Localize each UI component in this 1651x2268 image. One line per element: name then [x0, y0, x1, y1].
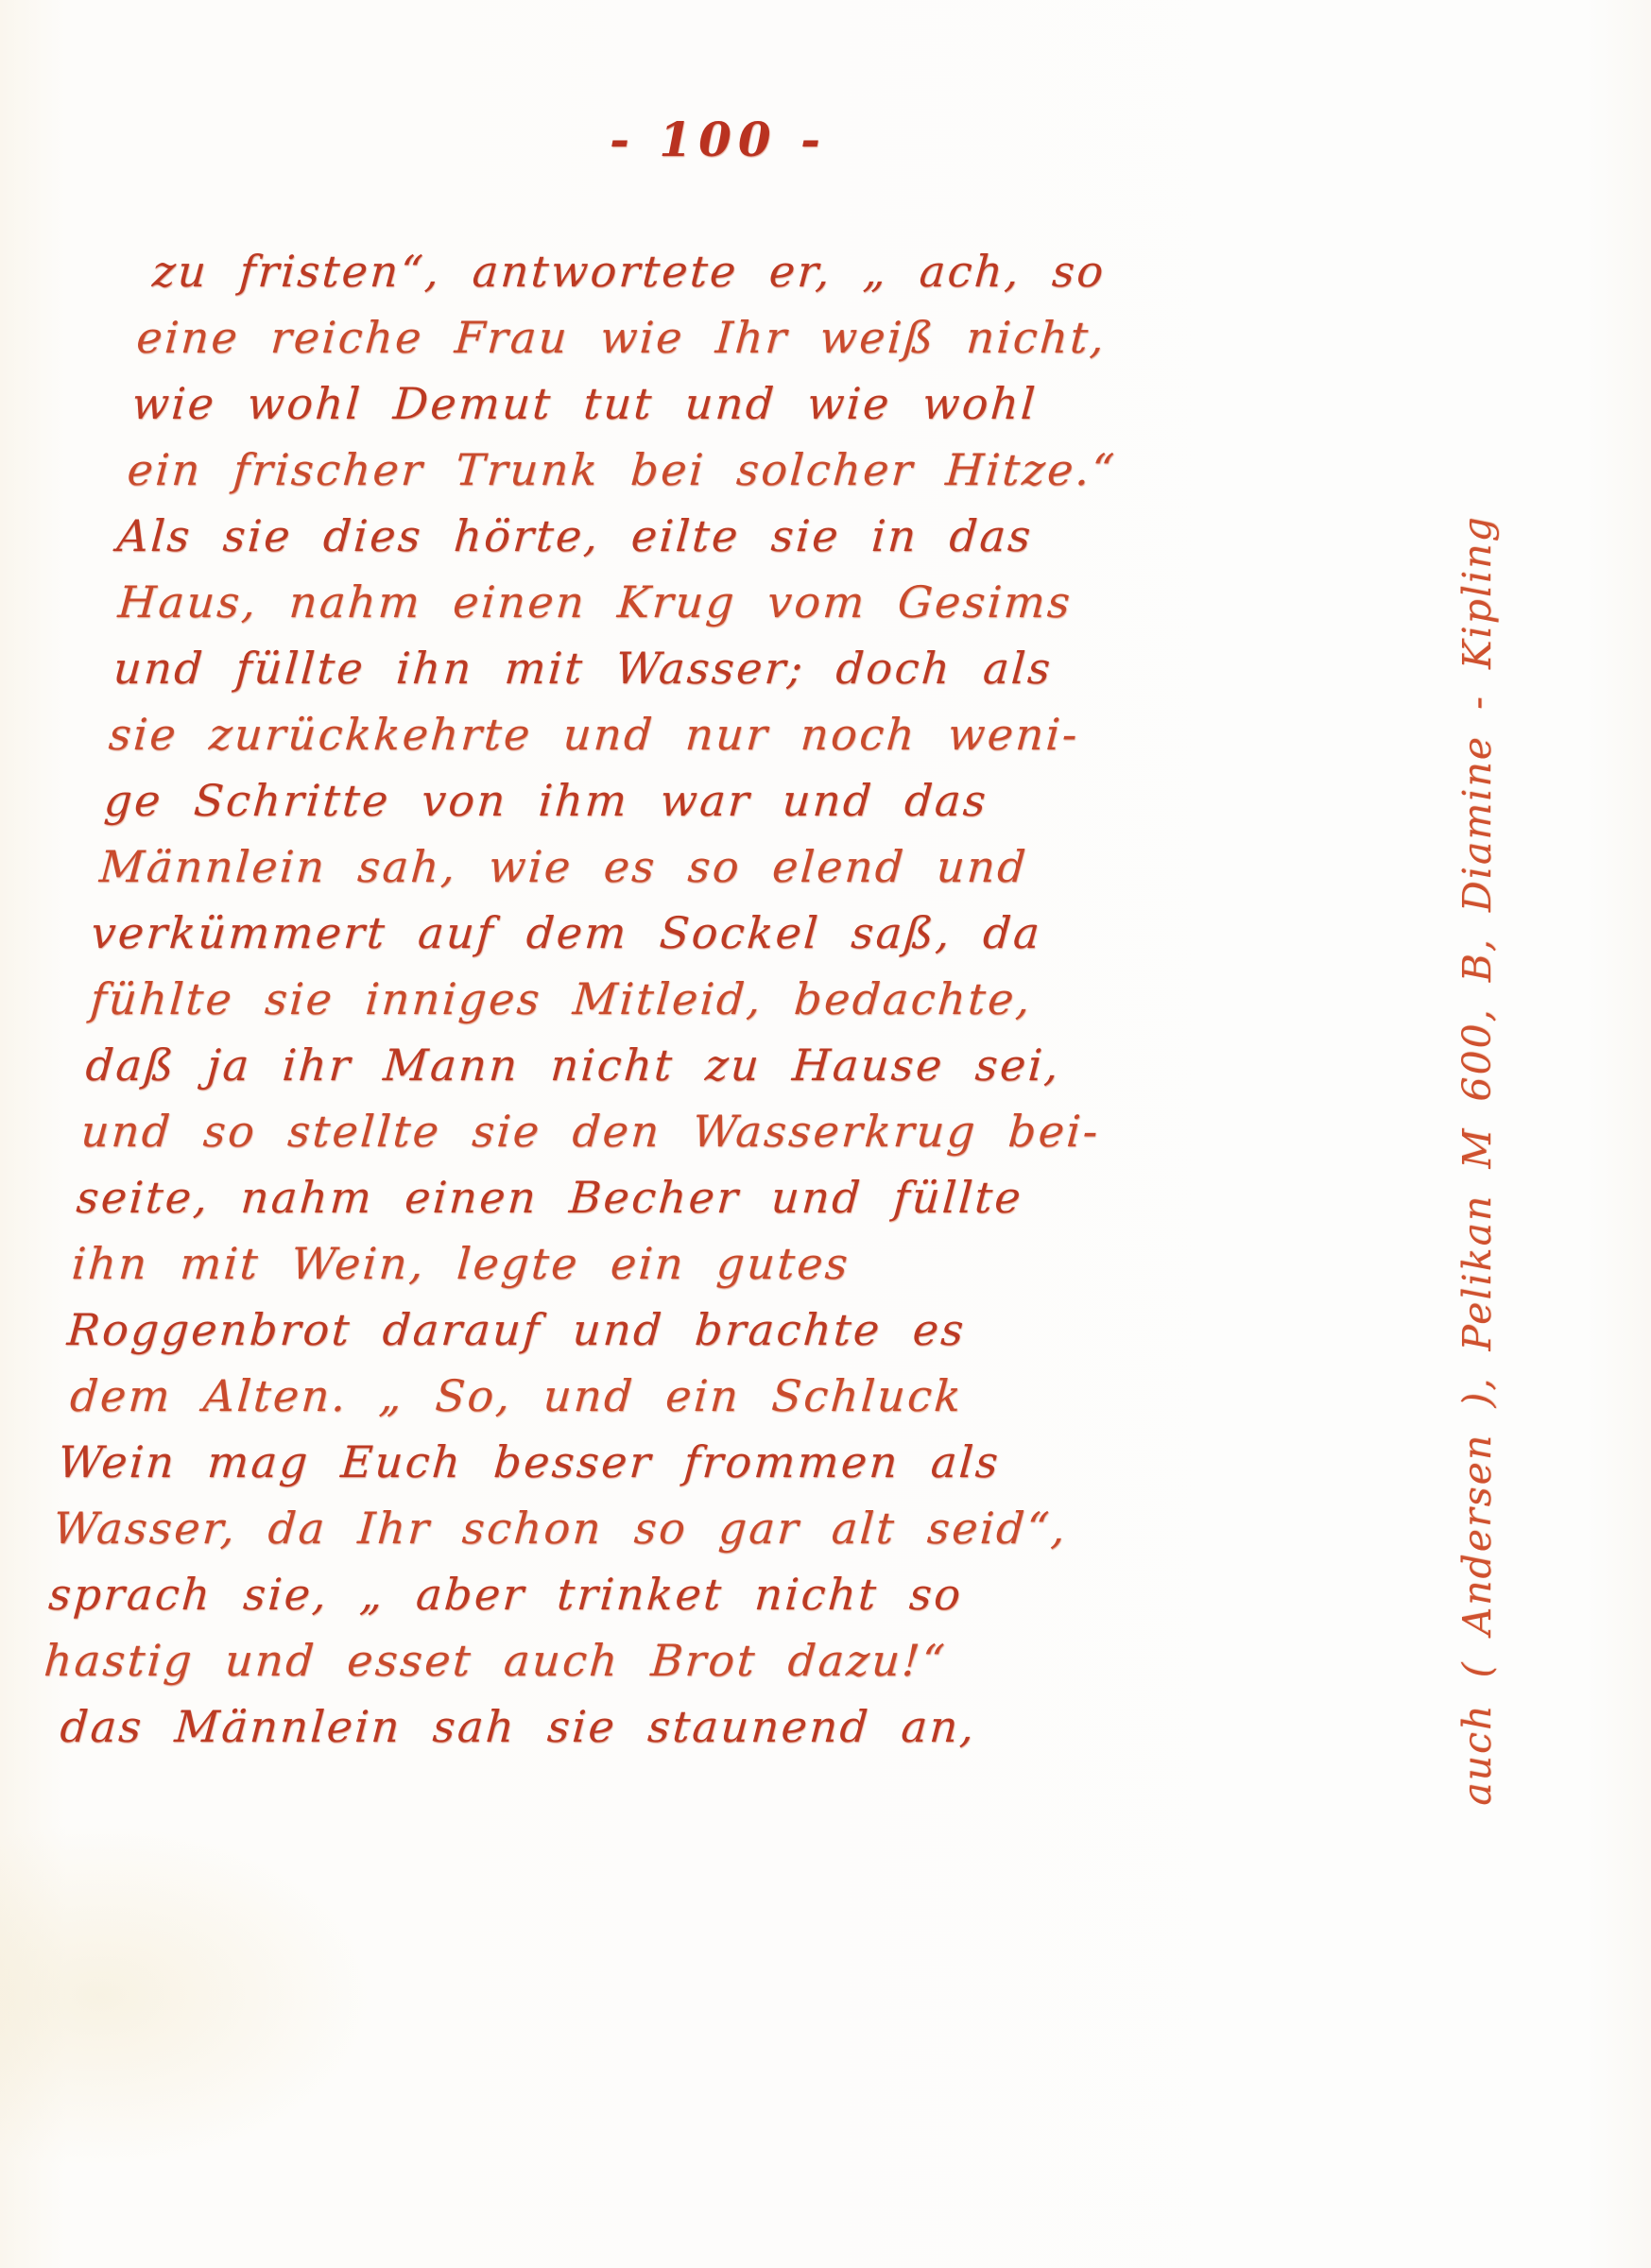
text-line: zu fristen“, antwortete er, „ ach, so [150, 238, 1382, 304]
text-line: eine reiche Frau wie Ihr weiß nicht, [134, 304, 1377, 370]
text-line: ihn mit Wein, legte ein gutes [70, 1230, 1313, 1297]
text-line: wie wohl Demut tut und wie wohl [129, 370, 1372, 437]
text-line: das Männlein sah sie staunend an, [58, 1693, 1280, 1760]
text-line: ge Schritte von ihm war und das [102, 767, 1345, 833]
scanned-manuscript-page: - 100 - zu fristen“, antwortete er, „ ac… [0, 0, 1651, 2268]
margin-note-pen-and-ink: auch ( Andersen ), Pelikan M 600, B, Dia… [1444, 310, 1510, 2011]
text-line: und so stellte sie den Wasserkrug bei- [78, 1098, 1321, 1164]
text-line: Wasser, da Ihr schon so gar alt seid“, [51, 1495, 1294, 1561]
text-line: dem Alten. „ So, und ein Schluck [68, 1363, 1303, 1429]
text-line: hastig und esset auch Brot dazu!“ [42, 1627, 1284, 1693]
text-line: Haus, nahm einen Krug vom Gesims [116, 569, 1359, 635]
text-line: sprach sie, „ aber trinket nicht so [46, 1561, 1289, 1627]
text-line: Männlein sah, wie es so elend und [97, 833, 1340, 900]
text-line: ein frischer Trunk bei solcher Hitze.“ [125, 437, 1367, 503]
text-line: seite, nahm einen Becher und füllte [75, 1164, 1317, 1230]
text-line: Roggenbrot darauf und brachte es [65, 1297, 1308, 1363]
text-line: Als sie dies hörte, eilte sie in das [115, 503, 1364, 569]
text-line: verkümmert auf dem Sockel saß, da [89, 900, 1335, 966]
text-line: sie zurückkehrte und nur noch weni- [107, 701, 1350, 767]
text-line: und füllte ihn mit Wasser; doch als [112, 635, 1354, 701]
text-line: daß ja ihr Mann nicht zu Hause sei, [83, 1032, 1326, 1098]
page-number: - 100 - [529, 112, 907, 167]
manuscript-text: zu fristen“, antwortete er, „ ach, so ei… [37, 238, 1382, 1760]
text-line: Wein mag Euch besser frommen als [56, 1429, 1298, 1495]
text-line: fühlte sie inniges Mitleid, bedachte, [88, 966, 1331, 1032]
